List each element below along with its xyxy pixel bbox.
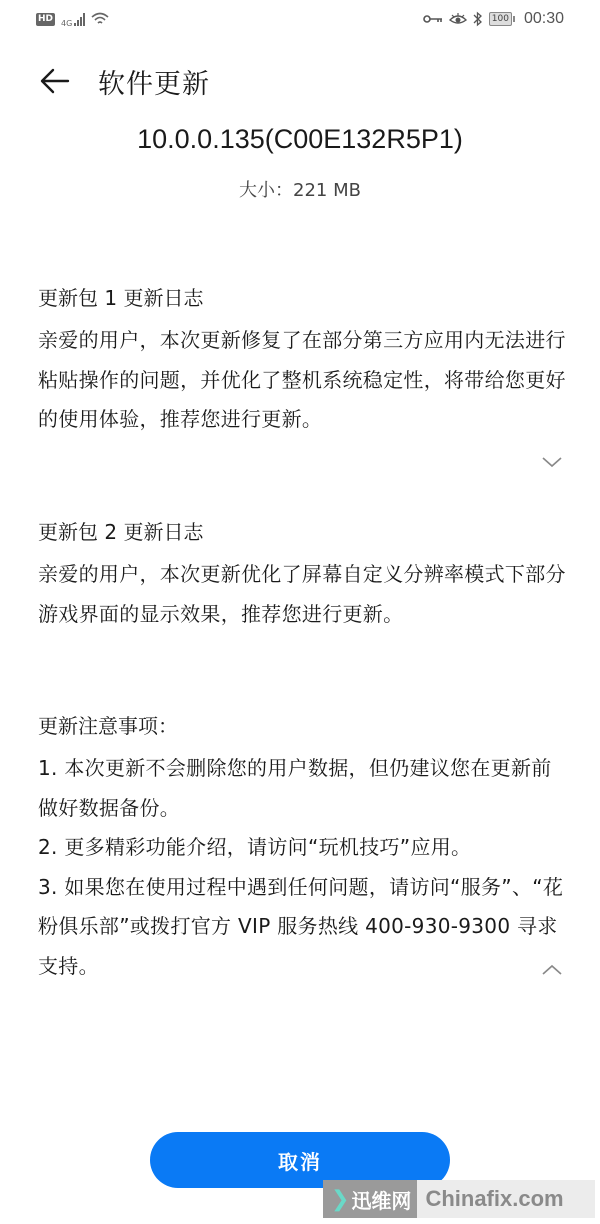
notes-list: 1. 本次更新不会删除您的用户数据，但仍建议您在更新前做好数据备份。 2. 更多…	[38, 749, 566, 986]
wifi-icon	[91, 12, 109, 26]
app-bar: 软件更新	[0, 56, 600, 106]
section-body: 亲爱的用户，本次更新优化了屏幕自定义分辨率模式下部分游戏界面的显示效果，推荐您进…	[38, 555, 566, 634]
list-item: 3. 如果您在使用过程中遇到任何问题，请访问“服务”、“花粉俱乐部”或拨打官方 …	[38, 868, 566, 987]
watermark-cn-text: 迅维网	[351, 1185, 411, 1214]
section-title: 更新包 1 更新日志	[38, 284, 566, 312]
list-item: 1. 本次更新不会删除您的用户数据，但仍建议您在更新前做好数据备份。	[38, 749, 566, 828]
page-title: 软件更新	[98, 62, 210, 101]
status-left: HD 4G	[36, 10, 109, 28]
chevron-down-icon[interactable]	[540, 454, 564, 470]
version-number: 10.0.0.135(C00E132R5P1)	[0, 124, 600, 155]
section-title: 更新注意事项：	[38, 712, 566, 740]
back-button[interactable]	[38, 64, 72, 98]
watermark-cn: ❯ 迅维网	[323, 1180, 417, 1218]
bluetooth-icon	[473, 11, 483, 27]
eye-icon	[449, 12, 467, 26]
key-icon	[423, 14, 443, 24]
section-title: 更新包 2 更新日志	[38, 518, 566, 546]
chevron-right-icon: ❯	[331, 1187, 349, 1212]
changelog-package-2: 更新包 2 更新日志 亲爱的用户，本次更新优化了屏幕自定义分辨率模式下部分游戏界…	[38, 518, 566, 634]
changelog-package-1: 更新包 1 更新日志 亲爱的用户，本次更新修复了在部分第三方应用内无法进行粘贴操…	[38, 284, 566, 440]
watermark-en: Chinafix.com	[417, 1180, 595, 1218]
watermark: ❯ 迅维网 Chinafix.com	[323, 1180, 595, 1218]
hd-icon: HD	[36, 13, 55, 26]
signal-icon	[74, 12, 85, 26]
network-type: 4G	[61, 19, 72, 28]
arrow-left-icon	[40, 68, 70, 94]
chevron-up-icon[interactable]	[540, 962, 564, 978]
list-item: 2. 更多精彩功能介绍，请访问“玩机技巧”应用。	[38, 828, 566, 868]
status-right: 100 00:30	[423, 10, 564, 28]
update-notes: 更新注意事项： 1. 本次更新不会删除您的用户数据，但仍建议您在更新前做好数据备…	[38, 712, 566, 986]
update-size: 大小：221 MB	[0, 176, 600, 202]
section-body: 亲爱的用户，本次更新修复了在部分第三方应用内无法进行粘贴操作的问题，并优化了整机…	[38, 321, 566, 440]
clock: 00:30	[524, 10, 564, 28]
status-bar: HD 4G 100 00:30	[0, 0, 600, 38]
battery-icon: 100	[489, 12, 512, 26]
